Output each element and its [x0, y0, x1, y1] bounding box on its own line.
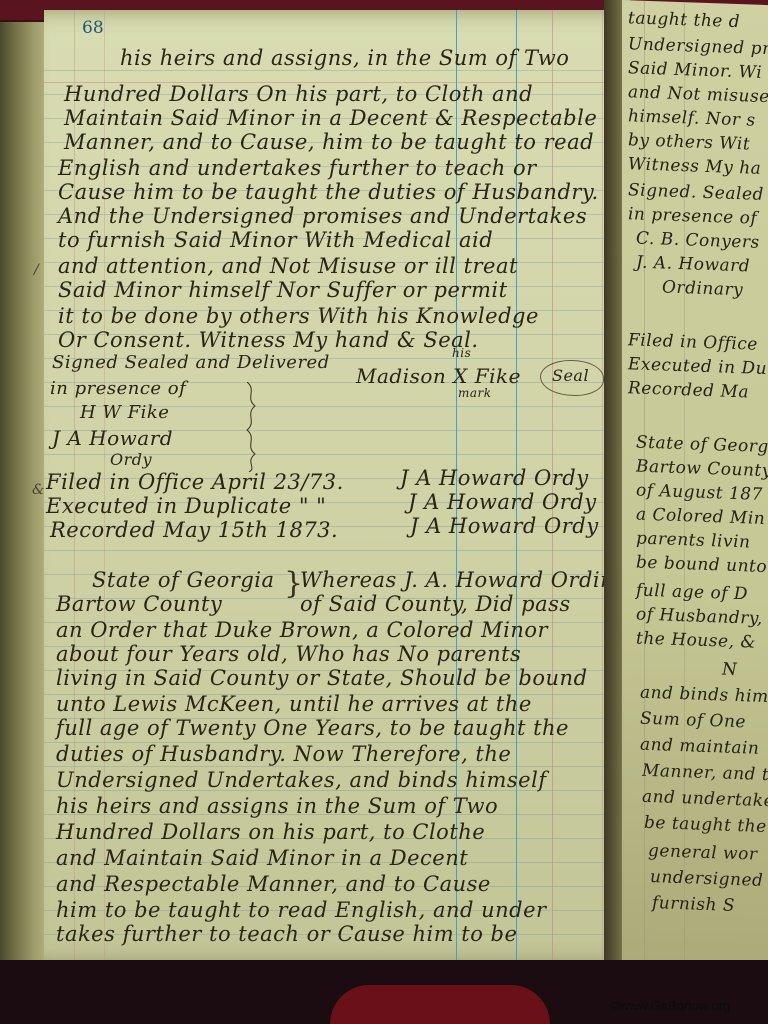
text-line: it to be done by others With his Knowled…	[58, 304, 539, 328]
entry-heading-county-line: of Said County, Did pass	[300, 592, 571, 616]
text-line: Said Minor. Wi	[628, 58, 762, 83]
text-line: and binds him	[640, 683, 768, 707]
text-line: Manner, and to Cause, him to be taught t…	[64, 130, 594, 154]
text-line: N	[722, 659, 737, 680]
witness-title: Ordy	[110, 450, 152, 469]
witness-name: H W Fike	[80, 402, 169, 423]
text-line: Filed in Office	[628, 330, 758, 355]
filing-official: J A Howard Ordy	[408, 490, 597, 514]
entry-heading-whereas: Whereas J. A. Howard Ordinary	[300, 568, 650, 592]
text-line: Recorded Ma	[628, 378, 749, 402]
right-ledger-page: taught the d Undersigned prom Said Minor…	[622, 0, 768, 995]
text-line: Ordinary	[662, 277, 743, 300]
text-line: his heirs and assigns, in the Sum of Two	[120, 46, 569, 70]
signer-his-label: his	[452, 346, 471, 360]
text-line: and undertake	[642, 787, 768, 812]
copyright-watermark: ©www.GaBartow.org	[610, 998, 730, 1013]
text-line: his heirs and assigns in the Sum of Two	[56, 794, 498, 818]
text-line: Manner, and to	[642, 761, 768, 786]
text-line: him to be taught to read English, and un…	[56, 898, 547, 922]
text-line: living in Said County or State, Should b…	[56, 666, 588, 690]
text-line: and attention, and Not Misuse or ill tre…	[58, 254, 518, 278]
text-line: duties of Husbandry. Now Therefore, the	[56, 742, 511, 766]
brace-squiggle	[245, 382, 259, 472]
text-line: to furnish Said Minor With Medical aid	[58, 228, 493, 252]
filing-official: J A Howard Ordy	[410, 514, 599, 538]
filing-line: Executed in Duplicate " "	[46, 494, 326, 518]
text-line: be bound unto	[636, 552, 767, 577]
entry-heading-state: State of Georgia	[92, 568, 275, 592]
text-line: Cause him to be taught the duties of Hus…	[58, 180, 599, 204]
text-line: C. B. Conyers	[636, 228, 760, 252]
text-line: of Husbandry,	[636, 604, 763, 628]
text-line: takes further to teach or Cause him to b…	[56, 922, 517, 946]
filing-official: J A Howard Ordy	[400, 466, 589, 490]
text-line: taught the d	[628, 8, 740, 32]
text-line: Sum of One	[640, 709, 746, 733]
text-line: State of Georgia}	[636, 432, 768, 458]
text-line: and maintain	[640, 735, 759, 759]
text-line: Undersigned Undertakes, and binds himsel…	[56, 768, 547, 792]
text-line: Or Consent. Witness My hand & Seal.	[58, 328, 479, 352]
text-line: about four Years old, Who has No parents	[56, 642, 521, 666]
text-line: Undersigned prom	[628, 34, 768, 60]
text-line: Maintain Said Minor in a Decent & Respec…	[64, 106, 597, 130]
text-line: of August 187	[636, 480, 763, 504]
signer-name: Madison X Fike	[356, 364, 521, 388]
text-line: J. A. Howard	[636, 252, 750, 276]
text-line: in presence of	[628, 204, 757, 229]
text-line: and Maintain Said Minor in a Decent	[56, 846, 468, 870]
text-line: Bartow County	[636, 456, 768, 481]
text-line: and Not misuse	[628, 82, 768, 107]
text-line: full age of D	[636, 580, 748, 604]
margin-mark: &	[32, 482, 44, 498]
filing-line: Filed in Office April 23/73.	[46, 470, 344, 494]
text-line: full age of Twenty One Years, to be taug…	[56, 716, 569, 740]
text-line: the House, &	[636, 628, 756, 652]
text-line: Hundred Dollars on his part, to Clothe	[56, 820, 485, 844]
text-line: himself. Nor s	[628, 106, 756, 130]
text-line: furnish S	[652, 893, 735, 916]
text-line: English and undertakes further to teach …	[58, 156, 537, 180]
text-line: Hundred Dollars On his part, to Cloth an…	[64, 82, 533, 106]
margin-mark: /	[34, 262, 39, 278]
text-line: Signed. Sealed	[628, 180, 764, 205]
text-line: unto Lewis McKeen, until he arrives at t…	[56, 692, 532, 716]
text-line: undersigned	[650, 867, 763, 891]
text-line: general wor	[648, 841, 757, 865]
text-line: be taught the	[644, 813, 767, 837]
entry-heading-county: Bartow County	[56, 592, 222, 616]
presence-label: in presence of	[50, 378, 186, 399]
backdrop-cloth	[330, 985, 550, 1024]
text-line: an Order that Duke Brown, a Colored Mino…	[56, 618, 548, 642]
text-line: a Colored Min	[636, 504, 765, 529]
text-line: and Respectable Manner, and to Cause	[56, 872, 491, 896]
witness-name: J A Howard	[52, 426, 173, 450]
seal-label: Seal	[552, 366, 589, 385]
text-line: Executed in Du	[628, 354, 767, 379]
page-number: 68	[82, 18, 104, 38]
text-line: Said Minor himself Nor Suffer or permit	[58, 278, 508, 302]
signed-sealed-delivered-label: Signed Sealed and Delivered	[52, 352, 330, 373]
text-line: by others Wit	[628, 130, 750, 154]
text-line: And the Undersigned promises and Underta…	[58, 204, 587, 228]
signer-mark-label: mark	[458, 386, 492, 400]
text-line: Witness My ha	[628, 154, 761, 179]
text-line: parents livin	[636, 528, 750, 552]
filing-line: Recorded May 15th 1873.	[50, 518, 338, 542]
